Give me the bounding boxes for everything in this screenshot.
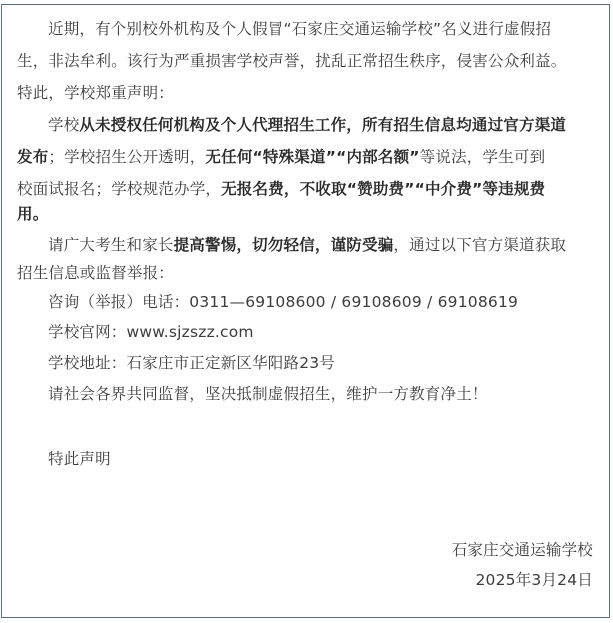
text-bold: 无报名费，不收取“赞助费”“中介费”等违规费 (221, 180, 545, 198)
text-bold: 提高警惕，切勿轻信，谨防受骗 (174, 236, 394, 254)
contact-phone: 咨询（举报）电话：0311—69108600 / 69108609 / 6910… (48, 292, 518, 312)
paragraph2-line3: 校面试报名；学校规范办学，无报名费，不收取“赞助费”“中介费”等违规费 (17, 179, 545, 199)
text-bold: 发布 (17, 148, 48, 166)
appeal-text: 请社会各界共同监督，坚决抵制虚假招生，维护一方教育净土！ (48, 384, 488, 404)
paragraph2-line2: 发布；学校招生公开透明，无任何“特殊渠道”“内部名额”等说法，学生可到 (17, 147, 545, 167)
text-normal: 学校 (48, 116, 79, 134)
text-normal: ，通过以下官方渠道获取 (393, 236, 566, 254)
text-bold: 从未授权任何机构及个人代理招生工作，所有招生信息均通过官方渠道 (79, 116, 566, 134)
contact-website: 学校官网：www.sjzszz.com (48, 322, 254, 342)
paragraph3-line1: 请广大考生和家长提高警惕，切勿轻信，谨防受骗，通过以下官方渠道获取 (48, 235, 566, 255)
text-normal: 请广大考生和家长 (48, 236, 174, 254)
paragraph1-line3: 特此，学校郑重声明： (17, 83, 174, 103)
text-normal: 校面试报名；学校规范办学， (17, 180, 221, 198)
paragraph3-line2: 招生信息或监督举报： (17, 263, 174, 283)
paragraph1-line1: 近期，有个别校外机构及个人假冒“石家庄交通运输学校”名义进行虚假招 (48, 19, 551, 39)
closing-text: 特此声明 (48, 449, 111, 469)
paragraph2-line1: 学校从未授权任何机构及个人代理招生工作，所有招生信息均通过官方渠道 (48, 115, 566, 135)
text-bold: 用。 (17, 205, 48, 223)
text-bold: 无任何“特殊渠道”“内部名额” (205, 148, 419, 166)
contact-address: 学校地址：石家庄市正定新区华阳路23号 (48, 353, 335, 373)
text-normal: ；学校招生公开透明， (48, 148, 205, 166)
signature-organization: 石家庄交通运输学校 (452, 540, 593, 560)
paragraph2-line4: 用。 (17, 204, 48, 224)
paragraph1-line2: 生，非法牟利。该行为严重损害学校声誉，扰乱正常招生秩序，侵害公众利益。 (17, 51, 567, 71)
text-normal: 等说法，学生可到 (420, 148, 546, 166)
signature-date: 2025年3月24日 (475, 570, 593, 590)
